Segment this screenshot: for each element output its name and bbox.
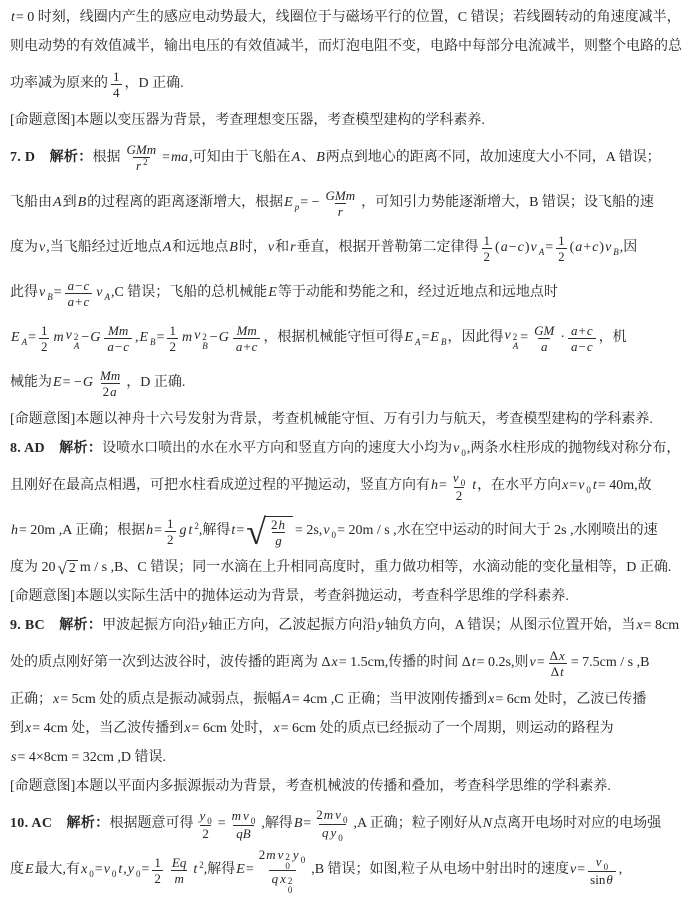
numerator: 1 xyxy=(111,69,122,84)
math-sub: v0 xyxy=(595,854,609,871)
math-var: v xyxy=(103,862,111,879)
radical-sign-icon: √ xyxy=(58,560,67,577)
text-run: ,解得 xyxy=(204,862,236,879)
math-var: G xyxy=(89,330,101,347)
subscript: 0 xyxy=(251,814,256,829)
text-run: = xyxy=(236,523,244,540)
text-run: = xyxy=(154,523,162,540)
denominator: r2 xyxy=(133,157,150,175)
math-sub: y0 xyxy=(329,825,343,842)
text-run: = xyxy=(54,285,62,302)
math-var: E xyxy=(267,285,278,302)
math-var: v xyxy=(322,523,330,540)
text-run: = 4cm 处，当乙波传播到 xyxy=(32,721,183,738)
answer-label: 8. AD 解析： xyxy=(10,441,102,458)
math-var: q xyxy=(271,871,280,886)
math-var: B xyxy=(77,195,88,212)
text-run: 点离开电场时对应的电场强 xyxy=(493,816,661,833)
text-run: = xyxy=(520,330,528,347)
math-sub: v0 xyxy=(452,441,467,458)
numerator: Δx xyxy=(548,648,568,663)
document-line: 飞船由 A 到 B 的过程离的距离逐渐增大，根据 Ep = −GMmr，可知引力… xyxy=(10,181,683,226)
text-run: 2 xyxy=(69,561,76,578)
numerator: v0 xyxy=(593,854,611,871)
text-run: 和远地点 xyxy=(172,240,228,257)
math-sub: vB xyxy=(604,240,620,257)
math-var: Eq xyxy=(171,855,187,870)
math-var: x xyxy=(558,648,566,663)
math-var: m xyxy=(265,847,276,862)
math-var: y xyxy=(292,847,300,862)
document-page: t = 0 时刻，线圈内产生的感应电动势最大，线圈位于与磁场平行的位置，C 错误… xyxy=(0,0,693,894)
text-run: 最大,有 xyxy=(35,862,81,879)
math-sup: t2 xyxy=(192,862,203,879)
text-run: = 20m ,A 正确；根据 xyxy=(19,523,145,540)
math-var: y xyxy=(200,618,208,635)
numerator: Mm xyxy=(105,323,131,338)
math-var: B xyxy=(315,150,326,167)
text-run: ,解得 xyxy=(199,523,231,540)
math-fraction: a−ca+c xyxy=(65,278,93,309)
math-var: E xyxy=(283,195,294,212)
math-fraction: GMmr xyxy=(322,188,358,219)
numerator: 1 xyxy=(167,323,178,338)
text-run: 根据 xyxy=(93,150,121,167)
text-run: 4 xyxy=(113,85,120,100)
math-var: y xyxy=(198,808,206,823)
subscript: 0 xyxy=(604,860,609,875)
text-run: 度 xyxy=(10,862,24,879)
superscript: 2 xyxy=(143,155,148,170)
text-run: ，可知引力势能逐渐增大，B 错误；设飞船的速 xyxy=(361,195,654,212)
text-run: = xyxy=(95,862,103,879)
document-line: 10. AC 解析：根据题意可得 y02 = mv0qB,解得 B = 2mv0… xyxy=(10,802,683,847)
math-var: t xyxy=(192,862,198,879)
math-sup: t2 xyxy=(188,523,199,540)
math-var: r xyxy=(337,204,344,219)
text-run: = 4×8cm = 32cm ,D 错误. xyxy=(17,750,166,767)
text-run: 1 xyxy=(154,855,161,870)
subscript: B xyxy=(47,292,53,303)
math-sub: EB xyxy=(138,330,156,347)
text-run: = 7.5cm / s ,B xyxy=(571,655,650,672)
math-var: g xyxy=(179,523,188,540)
text-run: 1 xyxy=(484,233,491,248)
math-var: h xyxy=(430,478,439,495)
math-var: A xyxy=(162,240,173,257)
math-var: E xyxy=(24,862,35,879)
numerator: Eq xyxy=(169,855,189,870)
text-run: = − xyxy=(63,375,82,392)
text-run: = xyxy=(303,816,311,833)
denominator: r xyxy=(335,203,346,219)
math-var: a xyxy=(540,339,549,354)
sub-sup-stack: 20 xyxy=(288,877,293,895)
math-var: a xyxy=(500,240,509,257)
math-fraction: 12 xyxy=(39,323,50,354)
text-run: 的过程离的距离逐渐增大，根据 xyxy=(87,195,283,212)
math-fraction: 12 xyxy=(165,516,176,547)
text-run: = 2s, xyxy=(295,523,322,540)
math-sqrt: √2hg xyxy=(246,514,293,550)
sub-sup-stack: 2B xyxy=(202,333,208,351)
math-sub: vA xyxy=(95,285,111,302)
text-run: 则电动势的有效值减半，输出电压的有效值减半，而灯泡电阻不变，电路中每部分电流减半… xyxy=(10,39,682,56)
math-var: y xyxy=(376,618,384,635)
denominator: 2 xyxy=(152,870,163,886)
denominator: a+c xyxy=(233,338,261,354)
sub-sup-stack: 2A xyxy=(513,333,519,351)
math-var: Mm xyxy=(107,323,129,338)
text-run: Δ xyxy=(551,664,559,679)
numerator: 1 xyxy=(165,516,176,531)
math-var: ma xyxy=(170,150,189,167)
denominator: a−c xyxy=(568,338,596,354)
text-run: · xyxy=(560,330,565,347)
denominator: qx20 xyxy=(269,870,297,894)
numerator: GM xyxy=(531,323,557,338)
text-run: = xyxy=(28,330,36,347)
text-run: = xyxy=(157,330,165,347)
numerator: a−c xyxy=(65,278,93,293)
text-run: − xyxy=(81,330,89,347)
math-var: A xyxy=(52,195,63,212)
math-var: E xyxy=(429,330,440,347)
math-var: v xyxy=(65,328,73,345)
math-var: x xyxy=(635,618,643,635)
denominator: 2 xyxy=(482,248,493,264)
text-run: = 8cm xyxy=(644,618,680,635)
document-line: [命题意图]本题以平面内多振源振动为背景，考查机械波的传播和叠加，考查科学思维的… xyxy=(10,773,683,802)
subscript: B xyxy=(441,337,447,348)
math-var: v xyxy=(528,655,536,672)
document-line: 处的质点刚好第一次到达波谷时，波传播的距离为 Δx = 1.5cm,传播的时间 … xyxy=(10,641,683,686)
math-var: m xyxy=(173,871,184,886)
denominator: 4 xyxy=(111,84,122,100)
math-sub: v0 xyxy=(322,523,337,540)
text-run: 2 xyxy=(169,339,176,354)
math-fraction: Mm2a xyxy=(97,368,123,399)
subscript: 0 xyxy=(343,813,348,828)
math-var: v xyxy=(503,328,511,345)
math-var: x xyxy=(487,692,495,709)
math-fraction: v0sinθ xyxy=(588,854,616,887)
text-run: ,两条水柱形成的抛物线对称分布， xyxy=(467,441,681,458)
math-var: h xyxy=(277,517,286,532)
math-var: B xyxy=(293,816,304,833)
subscript: 0 xyxy=(288,886,293,895)
text-run: = 5cm 处的质点是振动减弱点，振幅 xyxy=(60,692,281,709)
text-run: ,B 错误；如图,粒子从电场中射出时的速度 xyxy=(311,862,569,879)
text-run: 根据题意可得 xyxy=(109,816,193,833)
subscript: 0 xyxy=(136,869,141,880)
denominator: 2 xyxy=(39,338,50,354)
answer-label: 7. D 解析： xyxy=(10,150,93,167)
subscript: 0 xyxy=(332,530,337,541)
text-run: 飞船由 xyxy=(10,195,52,212)
text-run: ,C 错误；飞船的总机械能 xyxy=(111,285,267,302)
text-run: = 0.2s,则 xyxy=(477,655,529,672)
math-var: m xyxy=(231,808,242,823)
denominator: Δt xyxy=(549,663,567,679)
math-var: c xyxy=(591,240,599,257)
math-var: m xyxy=(181,330,193,347)
subscript: 0 xyxy=(89,869,94,880)
math-var: r xyxy=(289,240,296,257)
math-var: c xyxy=(517,240,525,257)
subscript: 0 xyxy=(586,485,591,496)
text-run: 和 xyxy=(275,240,289,257)
math-var: a xyxy=(67,278,76,293)
math-var: a xyxy=(109,384,118,399)
math-fraction: 12 xyxy=(152,855,163,886)
subscript: A xyxy=(74,342,80,351)
text-run: = xyxy=(545,240,553,257)
subscript: B xyxy=(202,342,208,351)
math-var: r xyxy=(135,158,142,173)
text-run: 度为 xyxy=(10,240,38,257)
numerator: GMm xyxy=(322,188,358,203)
math-var: c xyxy=(251,339,259,354)
math-sub: EA xyxy=(10,330,28,347)
math-var: a xyxy=(574,240,583,257)
math-var: c xyxy=(586,339,594,354)
sub-sup-stack: 2A xyxy=(74,333,80,351)
subscript: 0 xyxy=(338,831,343,846)
sub-sup-stack: 20 xyxy=(285,853,290,871)
superscript: 2 xyxy=(194,521,199,532)
denominator: a−c xyxy=(104,338,132,354)
text-run: 时， xyxy=(239,240,267,257)
document-line: [命题意图]本题以变压器为背景，考查理想变压器，考查模型建构的学科素养. xyxy=(10,107,683,136)
math-subsup: v20 xyxy=(277,847,292,870)
math-var: x xyxy=(272,721,280,738)
superscript: 2 xyxy=(199,860,204,871)
answer-label: 9. BC 解析： xyxy=(10,618,102,635)
text-run: = xyxy=(142,862,150,879)
math-var: c xyxy=(82,278,90,293)
math-var: c xyxy=(586,323,594,338)
text-run: 械能为 xyxy=(10,375,52,392)
math-var: m xyxy=(323,807,334,822)
text-run: ，D 正确. xyxy=(126,375,185,392)
text-run: = 40m,故 xyxy=(598,478,652,495)
math-sub: v0 xyxy=(577,478,592,495)
text-run: ，在水平方向 xyxy=(477,478,561,495)
math-var: h xyxy=(10,523,19,540)
math-var: v xyxy=(38,285,46,302)
math-sub: y0 xyxy=(127,862,142,879)
text-run: ,解得 xyxy=(261,816,293,833)
text-run: ，机 xyxy=(599,330,627,347)
document-line: 7. D 解析：根据GMmr2 = ma ,可知由于飞船在 A、B 两点到地心的… xyxy=(10,136,683,181)
math-var: q xyxy=(321,825,330,840)
text-run: 2 xyxy=(154,871,161,886)
numerator: y0 xyxy=(196,808,214,825)
math-fraction: Mma−c xyxy=(104,323,132,354)
text-run: = xyxy=(162,150,170,167)
numerator: GMm xyxy=(124,142,160,157)
math-var: x xyxy=(80,862,88,879)
document-line: 此得 vB = a−ca+cvA ,C 错误；飞船的总机械能 E 等于动能和势能… xyxy=(10,271,683,316)
text-run: 两点到地心的距离不同，故加速度大小不同，A 错误； xyxy=(326,150,661,167)
text-run: = 1.5cm,传播的时间 Δ xyxy=(339,655,471,672)
math-var: v xyxy=(569,862,577,879)
math-var: m xyxy=(52,330,64,347)
numerator: 1 xyxy=(556,233,567,248)
text-run: 正确； xyxy=(10,692,52,709)
math-var: v xyxy=(193,328,201,345)
subscript: 0 xyxy=(461,476,466,491)
document-line: 8. AD 解析：设喷水口喷出的水在水平方向和竖直方向的速度大小均为 v0,两条… xyxy=(10,435,683,464)
text-run: [命题意图]本题以变压器为背景，考查理想变压器，考查模型建构的学科素养. xyxy=(10,113,485,130)
math-fraction: Eqm xyxy=(169,855,189,886)
text-run: = xyxy=(569,478,577,495)
math-var: v xyxy=(277,847,285,862)
text-run: − xyxy=(578,339,585,354)
text-run: 1 xyxy=(41,323,48,338)
math-var: x xyxy=(331,655,339,672)
math-var: y xyxy=(329,825,337,840)
math-subsup: v2A xyxy=(503,328,520,350)
text-run: 到 xyxy=(10,721,24,738)
text-run: = xyxy=(537,655,545,672)
text-run: 2 xyxy=(484,249,491,264)
math-subsup: v2B xyxy=(193,328,210,350)
radicand: 2hg xyxy=(264,516,293,548)
math-fraction: 12 xyxy=(556,233,567,264)
text-run: = 6cm 处时，乙波已传播 xyxy=(495,692,646,709)
numerator: Mm xyxy=(234,323,260,338)
document-line: EA = 12mv2A − GMma−c,EB = 12mv2B − GMma+… xyxy=(10,316,683,361)
math-var: E xyxy=(403,330,414,347)
denominator: qy0 xyxy=(319,824,346,842)
text-run: − xyxy=(509,240,517,257)
math-sub: v0 xyxy=(242,808,256,825)
denominator: g xyxy=(272,532,285,548)
math-var: x xyxy=(561,478,569,495)
subscript: A xyxy=(22,337,28,348)
text-run: ，D 正确. xyxy=(125,76,184,93)
numerator: Mm xyxy=(97,368,123,383)
math-var: N xyxy=(482,816,493,833)
text-run: 轴正方向，乙波起振方向沿 xyxy=(208,618,376,635)
subscript: A xyxy=(513,342,519,351)
math-var: v xyxy=(95,285,103,302)
text-run: [命题意图]本题以神舟十六号发射为背景，考查机械能守恒、万有引力与航天，考查模型… xyxy=(10,412,653,429)
text-run: 、 xyxy=(301,150,315,167)
math-var: x xyxy=(52,692,60,709)
text-run: = xyxy=(246,862,254,879)
numerator: a+c xyxy=(568,323,596,338)
numerator: mv0 xyxy=(229,808,259,825)
math-subsup: x20 xyxy=(279,871,294,894)
math-var: E xyxy=(138,330,149,347)
text-run: m / s ,B、C 错误；同一水滴在上升相同高度时，重力做功相等，水滴动能的变… xyxy=(80,560,672,577)
denominator: sinθ xyxy=(588,871,616,887)
math-var: Mm xyxy=(236,323,258,338)
math-fraction: 2mv0qy0 xyxy=(314,807,350,842)
math-fraction: GMmr2 xyxy=(124,142,160,175)
text-run: = xyxy=(218,816,226,833)
denominator: a+c xyxy=(65,293,93,309)
math-var: x xyxy=(183,721,191,738)
subscript: A xyxy=(104,292,110,303)
math-sub: vB xyxy=(38,285,54,302)
text-run: − xyxy=(210,330,218,347)
text-run: 度为 20 xyxy=(10,560,56,577)
math-var: s xyxy=(10,750,17,767)
text-run: 2 xyxy=(41,339,48,354)
math-sup: r2 xyxy=(135,158,148,175)
math-fraction: y02 xyxy=(196,808,214,841)
text-run: , xyxy=(619,862,623,879)
math-fraction: 12 xyxy=(482,233,493,264)
document-line: h = 20m ,A 正确；根据 h = 12gt2 ,解得 t = √2hg … xyxy=(10,509,683,554)
math-fraction: 2hg xyxy=(269,517,288,548)
text-run: = xyxy=(422,330,430,347)
text-run: = 6cm 处的质点已经振动了一个周期，则运动的路程为 xyxy=(281,721,614,738)
math-var: v xyxy=(334,807,342,822)
math-var: c xyxy=(122,339,130,354)
text-run: 甲波起振方向沿 xyxy=(102,618,200,635)
math-var: GM xyxy=(533,323,555,338)
math-var: qB xyxy=(235,826,251,841)
document-line: 且刚好在最高点相遇，可把水柱看成逆过程的平抛运动，竖直方向有 h = v02t，… xyxy=(10,464,683,509)
text-run: = xyxy=(577,862,585,879)
subscript: 0 xyxy=(207,814,212,829)
math-sub: x0 xyxy=(80,862,95,879)
math-subsup: v2A xyxy=(65,328,82,350)
math-var: x xyxy=(279,871,287,886)
math-var: v xyxy=(267,240,275,257)
text-run: 垂直，根据开普勒第二定律得 xyxy=(297,240,479,257)
document-line: 械能为 E = −GMm2a，D 正确. xyxy=(10,361,683,406)
text-run: 且刚好在最高点相遇，可把水柱看成逆过程的平抛运动，竖直方向有 xyxy=(10,478,430,495)
math-fraction: v02 xyxy=(450,470,468,503)
math-var: v xyxy=(604,240,612,257)
math-var: GMm xyxy=(324,188,356,203)
math-sub: EB xyxy=(429,330,447,347)
math-var: v xyxy=(452,441,460,458)
subscript: B xyxy=(613,247,619,258)
text-run: ,当飞船经过近地点 xyxy=(46,240,162,257)
math-var: v xyxy=(38,240,46,257)
text-run: 1 xyxy=(558,233,565,248)
document-line: 则电动势的有效值减半，输出电压的有效值减半，而灯泡电阻不变，电路中每部分电流减半… xyxy=(10,33,683,62)
subscript: 0 xyxy=(461,448,466,459)
math-var: g xyxy=(274,533,283,548)
denominator: m xyxy=(171,870,186,886)
denominator: 2 xyxy=(556,248,567,264)
text-run: 此得 xyxy=(10,285,38,302)
subscript: 0 xyxy=(285,862,290,871)
answer-label: 10. AC 解析： xyxy=(10,816,109,833)
document-line: [命题意图]本题以实际生活中的抛体运动为背景，考查斜抛运动，考查科学思维的学科素… xyxy=(10,583,683,612)
math-fraction: GMa xyxy=(531,323,557,354)
numerator: v0 xyxy=(450,470,468,487)
math-sqrt: √2 xyxy=(58,560,78,578)
math-sub: v0 xyxy=(334,807,348,824)
denominator: 2 xyxy=(167,338,178,354)
math-var: A xyxy=(291,150,302,167)
text-run: 设喷水口喷出的水在水平方向和竖直方向的速度大小均为 xyxy=(102,441,452,458)
text-run: + xyxy=(583,240,591,257)
subscript: B xyxy=(150,337,156,348)
math-sub: y0 xyxy=(198,808,212,825)
text-run: ，根据机械能守恒可得 xyxy=(263,330,403,347)
math-fraction: mv0qB xyxy=(229,808,259,841)
